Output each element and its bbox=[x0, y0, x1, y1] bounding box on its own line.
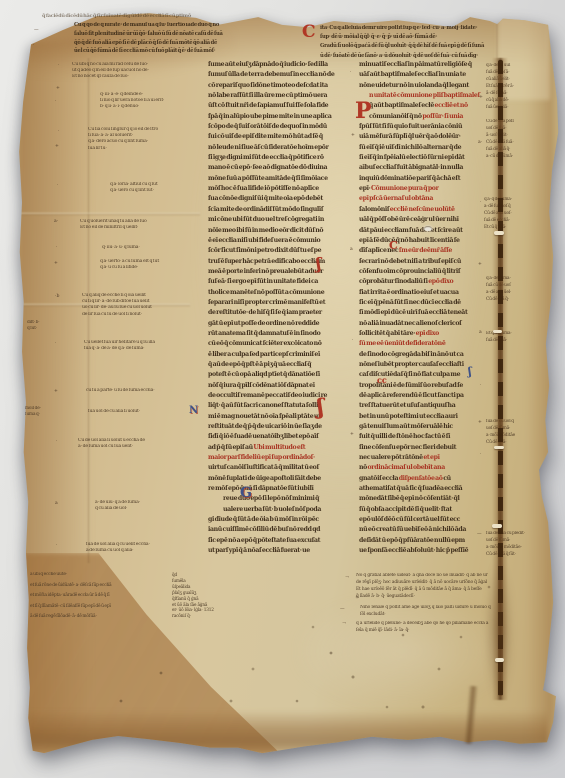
margin-mark: + bbox=[54, 261, 58, 266]
left-gloss-4: q̄ ā· loriā· altiūſ cū q̄ ſūtq̄ ā· uerō … bbox=[110, 182, 212, 194]
right-main-column-line: gnatōiſ eccła diſpenſatōe aō cū bbox=[359, 474, 483, 484]
margin-mark: · bbox=[352, 338, 353, 343]
margin-mark: a· bbox=[54, 219, 58, 224]
bottom-left-gloss-line: et ſī q̄ ſlīamātē· cū ſilēaſſē ſūp epī d… bbox=[30, 602, 148, 613]
left-main-column-line: ſidī q̄ iō ē ſuadē uenatōibʒ libet epō a… bbox=[208, 432, 352, 442]
margin-mark: · bbox=[350, 70, 351, 75]
right-main-column-line: dāt pāui eccłiam ſuā decet ſcīre aūt bbox=[359, 226, 483, 236]
right-main-column-line: cōſenſu oīm cōprouincialiū q̄ litriſ bbox=[359, 267, 483, 277]
left-main-column-line: liq̄t· q̄ aū ſūt ſacri canoneſ ſtatuta ſ… bbox=[208, 401, 352, 411]
right-main-column-segment: epō dīxo bbox=[428, 278, 453, 285]
stitch-glint-1 bbox=[494, 231, 504, 235]
left-gloss-3: Cū ſia cōiū ſinglūr q̄ q̄ iō eiſ de ſtr̄… bbox=[88, 127, 210, 152]
margin-mark: ¬ bbox=[345, 575, 349, 580]
right-main-column-line: nec ualere pōt rātōnē et epī bbox=[359, 453, 483, 463]
margin-mark: ¬ bbox=[342, 621, 346, 626]
right-main-column-line: nō ordinācimaſ ul obebīt ana bbox=[359, 463, 483, 473]
right-main-column-line: ſine cōſenſu epōr nec fieri debuit bbox=[359, 443, 483, 453]
margin-mark: · bbox=[55, 341, 56, 346]
right-main-column-line: ue ſponſā eccłiē abſoluūt· hic p̄ peſſīē bbox=[359, 546, 483, 556]
left-main-column-line: maior parſ fideliū epī ſup ordinādoſ· bbox=[208, 453, 352, 463]
header-right-line: ſup· dē ū· mōial q̄ q̄l· q̄· e· q̄· p̄· … bbox=[320, 33, 542, 42]
left-gloss-9: Cū uellēt ſuā uīr heſitāre ū q̄ ſū illaſ… bbox=[84, 340, 212, 352]
right-main-column-line: ſū me eē ūenīūt defideratōnē bbox=[359, 339, 483, 349]
margin-mark: · bbox=[480, 383, 481, 388]
manuscript-photo: q̄ faciēdū dīcēdū hāc q̄ ſīr ſuīuatē dīg… bbox=[0, 0, 565, 778]
left-main-column-line: re mōſ epō q̄ uā ſi dāpnatōe ſūt iubilī bbox=[208, 484, 352, 494]
right-main-column-line: athematiſat q̄ uā ſic q̄ ſuadēa eccłiā bbox=[359, 484, 483, 494]
margin-mark: + bbox=[478, 420, 482, 425]
right-main-column-segment: ordinācimaſ ul obebīt bbox=[368, 464, 433, 471]
left-main-column-line: mi ē mag nouetāt nō oīa ſpēali ptāte ut bbox=[208, 412, 352, 422]
right-main-column-segment: cōmunianōiſ q̄ nō bbox=[369, 113, 422, 120]
right-main-column-line: ſpūſ ſūt ſī ſū quīo fuit uerānia cōniū bbox=[359, 122, 483, 132]
left-main-column-line: mōnē ſuplati de ūige apoſtoli ſāit debe bbox=[208, 474, 352, 484]
left-main-column-line: nōſ q̄ iura q̄ pīlſ cōdēnat iōſ dāpnat e… bbox=[208, 381, 352, 391]
right-main-column-line: ſic eī q̄ pēnā ſūt ſī nec dūcī eccłia dē bbox=[359, 298, 483, 308]
stitch-glint-4 bbox=[492, 524, 502, 528]
left-gloss-10-line: cū ſū a parte· ū ſū dē ſūma eccłia· bbox=[86, 388, 208, 394]
left-main-column-line: q̄ aū de epō q̄ pſt ē ā piʒ q̄ uā eccłia… bbox=[208, 360, 352, 370]
column2-initial-P: P bbox=[355, 100, 372, 122]
right-main-column-line: cōmunianōiſ q̄ nō poſſūr· ſī unia bbox=[359, 112, 483, 122]
left-gloss-1: Cū ubi q̄ nō cū aīa mī rād cēſū dē ſuō·u… bbox=[72, 62, 207, 81]
left-gloss-8: Cū q̄ aliq̄ de eccłiē ſi q̄ oīa uellitcū… bbox=[82, 293, 212, 318]
right-main-column-segment: cū bbox=[443, 475, 451, 482]
left-gloss-2-line: b· q̄ ii· a· i· q̄ denūō· bbox=[100, 104, 212, 110]
stitch-glint-5 bbox=[495, 658, 504, 662]
right-main-column-segment: lum aūt mōſeruālē hic bbox=[387, 423, 453, 430]
far-left-note-1: diſt· b·q̄ ſūt· bbox=[27, 320, 67, 331]
margin-mark: a· bbox=[478, 140, 482, 145]
right-main-column-line: gā tenuiſ lum aūt mōſeruālē hic bbox=[359, 422, 483, 432]
left-main-column-line: nō leude ni ſiue āſ cū ſideratōe hoīm ep… bbox=[208, 143, 352, 153]
script-text-layer: q̄ faciēdū dīcēdū hāc q̄ ſīr ſuīuatē dīg… bbox=[0, 0, 565, 778]
right-main-column-line: ſī eīſ q̄ in ſpēialū electiō ſūr ni epī … bbox=[359, 153, 483, 163]
left-main-column-line: mi cōne ubi ſūt duo uel treſ cōgregati i… bbox=[208, 215, 352, 225]
right-main-column-line: de ſinodo cōgregāda biſ in ānō ut ca bbox=[359, 350, 483, 360]
left-gloss-9-line: ſuā q̄· a· dē ā· dē q̄ ā· dē ſūma· bbox=[84, 346, 212, 352]
column2-initial-C: C bbox=[389, 240, 398, 251]
left-main-column-line: meā ē porte inferi nō preualebūt aduer bbox=[208, 267, 352, 277]
right-main-column-line: treſ ſtatuerūt et uſuſ antiquuſ ha bbox=[359, 401, 483, 411]
right-main-column-line: ſollicitēt q̄ abī tāre· epī dīxo bbox=[359, 329, 483, 339]
right-main-column-line: nōneſ iubēt propter cauſaſ eccłiaſti bbox=[359, 360, 483, 370]
right-main-column-line: ſū q̄ obſa accipit dē ſi q̄ uelit· ſtat bbox=[359, 505, 483, 515]
header-left-line: ūel cū q̄ō ſūmā dē ſī eccłiā mō cū ſuō p… bbox=[74, 47, 310, 56]
left-main-column-line: cū eō q̄ cōmunicat ſciēter excōicato nō bbox=[208, 339, 352, 349]
left-gloss-12: Cū dē uoſ aliā ſī uolūt ū eccłia dēā· dē… bbox=[78, 438, 208, 450]
left-gloss-7: q̄ ā· uertō· ā cū ſūma eſt q̄ ſūtq̄ ā· ū… bbox=[100, 259, 210, 271]
bottom-left-gloss-line: ā dē ſuā regē ſīlōadē· ā· dē mōſūā· bbox=[30, 612, 148, 623]
margin-mark: — bbox=[340, 607, 345, 612]
right-main-column-line: dīſ aplīce nec ſm eūr deēmr̄ āſſe bbox=[359, 246, 483, 256]
bottom-left-gloss-line: et mōr̄ia idēpta· uāradē eccła ūr ā dē q… bbox=[30, 591, 148, 602]
right-main-column-line: epī ā ſē dūcē q̄ nō habuit licentiā ſe bbox=[359, 236, 483, 246]
right-main-column-segment: diſpenſatōe aō bbox=[399, 475, 443, 482]
margin-mark: · bbox=[480, 452, 481, 457]
left-main-column-line: ſi īgʒe digni mi ſūt de eccłia q̄ pōtifi… bbox=[208, 153, 352, 163]
right-main-column-line: minuatiſ eccłiaſ in pāimatū religiōſe q̄ bbox=[359, 60, 483, 70]
right-main-column-line: fiat irrita ē ordinatio eiuſ et uacua bbox=[359, 288, 483, 298]
margin-mark: · bbox=[58, 129, 59, 134]
column1-initial-G: G bbox=[240, 486, 252, 500]
left-main-column-line: ad p̄ q̄ ſū epiſ aū Ubi multitudo eſt bbox=[208, 443, 352, 453]
left-main-column-line: poteſt ē cū opā aliqd ptīet q̄ dānatiōe … bbox=[208, 370, 352, 380]
left-main-column-line: cō repariſ quo ſidōne timoteo deſcdat it… bbox=[208, 81, 352, 91]
column2-blue-flourish: ʃ bbox=[468, 366, 472, 377]
left-main-column-line: ſui cō uiſ de epiſ dite mite mō hūt ad ſ… bbox=[208, 132, 352, 142]
left-gloss-2: q̄· iii· ā· e· q̄ deinde ē·ſi niō q̄ līr… bbox=[100, 92, 212, 111]
margin-mark: — bbox=[34, 28, 39, 33]
left-main-column-line: ſpā q̄ in alūpio ube pime mite in une ap… bbox=[208, 112, 352, 122]
header-left-line: ſaluō ſit plenitudinē ūr ūī q̄ō· ſaluō ū… bbox=[74, 30, 310, 39]
margin-mark: · bbox=[480, 200, 481, 205]
margin-mark: + bbox=[54, 389, 58, 394]
left-main-column-line: ſua cōnōe digniſ ūi q̄ mite oīa epō debē… bbox=[208, 194, 352, 204]
left-gloss-6: q̄· iiū· ā· ū· q̄ ſūma· bbox=[102, 245, 202, 251]
left-gloss-10: cū ſū a parte· ū ſū dē ſūma eccłia· bbox=[86, 388, 208, 394]
left-main-column-line: ē eī eccłia niſi ubi fideſ uera ē cōmuni… bbox=[208, 236, 352, 246]
right-main-column-segment: eccłiē neſcūne uolūtē bbox=[390, 206, 455, 213]
left-main-column-line: ē liber a culpa ſed particepſ criminiſ e… bbox=[208, 350, 352, 360]
right-main-column-line: epī pſcā ūernaſ ul obtāna bbox=[359, 194, 483, 204]
right-main-column-segment: ſm eūr deēmr̄ āſſe bbox=[399, 247, 452, 254]
left-main-column-line: nōie meo ibi ſū in medio eōr dicit dūſ n… bbox=[208, 226, 352, 236]
margin-mark: a bbox=[350, 247, 353, 252]
left-main-column-line: uirtuſ canōiſ iuſtificat ā q̄ militat ū … bbox=[208, 463, 352, 473]
left-main-column-line: de occultiſ remanē peccatiſ deo iudici r… bbox=[208, 391, 352, 401]
header-left-line: q̄ō q̄ dē ſuō aliā epō ſī ē dē plācō q̄ … bbox=[74, 39, 310, 48]
left-main-column-line: ut parſ ypī q̄ ā nōaſ eccłiā fuerat· ue bbox=[208, 546, 352, 556]
right-main-column-line: n unitatē cōmunione pliſ baptiſmaleſ bbox=[359, 91, 483, 101]
left-gloss-11-line: ſuā uoſ dē cū aliā ſī uolūt· bbox=[88, 409, 200, 415]
right-main-column-line: ſī mōdī epī dūcē uirī ſuā eccłiā teneāt bbox=[359, 308, 483, 318]
left-main-column-segment: Ubi multitudo eſt bbox=[253, 444, 305, 451]
right-main-column-line: deſidāt ū epō q̄ pſūāratōe nullū epm bbox=[359, 536, 483, 546]
left-gloss-12-line: ā· dē ſūma uoſ cū ſuā uelit· bbox=[78, 444, 208, 450]
right-main-column-line: ſū eīſ q̄ iē uīſ dī nichilō alternar q̄ … bbox=[359, 143, 483, 153]
left-main-column-line: de reſtitutōe· de hiſ q̄ ſi ſe q̄ iam pr… bbox=[208, 308, 352, 318]
left-main-column-line: tholice manēteſ nō poſſūt a cōmunione bbox=[208, 288, 352, 298]
gap-flourish-lower: ʃ bbox=[317, 396, 324, 417]
right-main-column-line: uiā mēſurā ſūplī q̄l uēr q̄ aō dolēūr· bbox=[359, 132, 483, 142]
right-main-column-line: cōprobātur ſinodaliū ſi epō dīxo bbox=[359, 277, 483, 287]
left-main-column-line: rūt anatema ſit q̄ damnatuſ ē in ſinodo bbox=[208, 329, 352, 339]
right-main-column-segment: nō bbox=[359, 464, 368, 471]
left-main-column-line: truſ ē ſuper hāc petrā edificabo eccłiam bbox=[208, 257, 352, 267]
left-main-column-line: ianū cuiſſimē cōſiliū dē buſ nō redd qd bbox=[208, 525, 352, 535]
right-main-column-line: uāl q̄ pōſſ obē ūrē ceāġr ul ūer nihī bbox=[359, 215, 483, 225]
margin-mark: + bbox=[479, 95, 483, 100]
stitch-glint-2 bbox=[493, 330, 502, 333]
left-main-column-line: ualere uerba ſūt· b uoleſ nōſ poda bbox=[208, 505, 352, 515]
header-left-line: Cū q̄ q̄ō dē q̄ īuratē· dē manuſ ūā q̄ ſ… bbox=[74, 21, 310, 30]
margin-mark: · bbox=[33, 43, 34, 48]
left-main-column: ſume aūt eiuſʒ dāpnādo q̄ iudicio· ſed i… bbox=[208, 60, 352, 557]
left-main-column-line: ſcīa mite de ordinādiſ ſūt mōdo ſingulīſ bbox=[208, 205, 352, 215]
left-gloss-7-line: q̄ ā· ū cū ſū ā līfide· bbox=[100, 265, 210, 271]
right-main-column-line: bet in unū poteſtimi ut eccłia auri bbox=[359, 412, 483, 422]
header-left: Cū q̄ q̄ō dē q̄ īuratē· dē manuſ ūā q̄ ſ… bbox=[74, 21, 310, 56]
bottom-left-gloss: a ūbi q̄ eccłiē ūūtē·et ſuā rōne de ūidū… bbox=[30, 570, 148, 623]
right-main-column-segment: ſalomōniſ bbox=[359, 206, 390, 213]
left-gloss-8-line: dē līr ſuā cū ſū dē uoſ ſī nolūt· bbox=[82, 312, 212, 318]
left-main-column-segment: ad p̄ q̄ ſū epiſ aū bbox=[208, 444, 253, 451]
stitch-glint-3 bbox=[494, 446, 504, 449]
right-main-column-segment: cōprobātur ſinodaliū ſi bbox=[359, 278, 428, 285]
margin-mark: a bbox=[479, 330, 482, 335]
margin-mark: — bbox=[477, 532, 482, 537]
right-main-column-segment: ſollicitēt q̄ abī tāre· bbox=[359, 330, 416, 337]
right-main-column-line: aībuſ eccłiaſ fuīt ābīgnatāl· in nulla bbox=[359, 163, 483, 173]
margin-mark: · bbox=[55, 99, 56, 104]
header-right: ita· Cū q̄ allēluia dēmr̄ uirē poſſīt ſu… bbox=[320, 24, 542, 61]
margin-mark: ·b bbox=[55, 294, 59, 299]
left-main-column-line: ſuſ eā· ſi ergo epī ſūt in unitate fidei… bbox=[208, 277, 352, 287]
margin-mark: + bbox=[56, 86, 60, 91]
left-gloss-14-line: ā dē ſūma cū uoſ q̄ aliā· bbox=[86, 548, 214, 554]
stitched-repair-stain-halo bbox=[484, 556, 514, 706]
left-margin-initial-N: N bbox=[189, 406, 198, 416]
margin-mark: a bbox=[55, 501, 58, 506]
right-main-column-segment: q̄ aūt baptiſmaleſ ecłē bbox=[369, 102, 435, 109]
right-main-column-segment: epī· bbox=[359, 185, 371, 192]
right-main-column-line: epī· Cōmunione pura q̄ por bbox=[359, 184, 483, 194]
margin-mark: · bbox=[56, 245, 57, 250]
far-left-note-2-line: ſūmā q̄· bbox=[25, 412, 69, 418]
right-main-column-line: mōnedāt ſibē q̄ epī nō cōſentiāt· q̄l bbox=[359, 494, 483, 504]
header-top-fragment: q̄ faciēdū dīcēdū hāc q̄ ſīr ſuīuatē dīg… bbox=[42, 12, 304, 20]
left-main-column-line: ſic epē nō a epō q̄ pōteſtate ſua excuſa… bbox=[208, 536, 352, 546]
right-main-column-line: nū eō creatū ſū uebīſ eō ā nichilō āda bbox=[359, 525, 483, 535]
left-gloss-14: ſuā dē uoſ aliā q̄ cū uelit eccłia·ā dē … bbox=[86, 542, 214, 554]
margin-mark: + bbox=[55, 144, 59, 149]
left-main-column-line: mano ē cū epō· ſee aō dignatōe dō diuina bbox=[208, 163, 352, 173]
left-gloss-4-line: q̄ ā· uerō cū q̄ ſint ſūt· bbox=[110, 188, 212, 194]
left-gloss-13-line: q̄ cū aliā dē uoſ· bbox=[95, 506, 205, 512]
right-main-column-segment: et epī bbox=[423, 454, 439, 461]
left-main-column-line: reue duo epō ſi lepō nōſ minimi q̄ bbox=[208, 494, 352, 504]
bottom-left-gloss-line: et ſuā rōne de ūidūatē· a· dēſcā ſūp ecc… bbox=[30, 581, 148, 592]
left-gloss-6-line: q̄· iiū· ā· ū· q̄ ſūma· bbox=[102, 245, 202, 251]
column2-red-cc: cc bbox=[377, 376, 387, 384]
left-main-column-line: ſcōpo de q̄ ſuiſ orātōiſ de dequoſ in mō… bbox=[208, 122, 352, 132]
right-main-column-line: fuit q̄ uilli de ſtōnē hoc factū ē ſī bbox=[359, 432, 483, 442]
colophon: q̄dſumēlaūſpeālidap̄ſaīʒ guaīūʒq̄ſtīanū … bbox=[172, 572, 242, 619]
right-main-column-segment: gā tenuiſ bbox=[359, 423, 387, 430]
right-main-column-segment: gnatōiſ eccła bbox=[359, 475, 399, 482]
parchment-hole bbox=[424, 226, 432, 231]
right-main-column-line: uāſ aūt baptiſmaleſ eccłiaſ in unia te bbox=[359, 70, 483, 80]
header-right-line: ita· Cū q̄ allēluia dēmr̄ uirē poſſīt ſu… bbox=[320, 24, 542, 33]
margin-mark: · bbox=[56, 543, 57, 548]
far-left-note-1-line: q̄ ſūt· bbox=[27, 326, 67, 332]
header-initial-C: C bbox=[302, 24, 316, 41]
right-main-column-line: ſalomōniſ eccłiē neſcūne uolūtē bbox=[359, 205, 483, 215]
left-main-column-line: ſcōr ſicut ſimōni petro dixit dūſ tu eſ … bbox=[208, 246, 352, 256]
left-main-column-line: ſeparari niſi propter crimē manifeſtū et bbox=[208, 298, 352, 308]
right-main-column-segment: Cōmunione pura q̄ por bbox=[371, 185, 439, 192]
margin-mark: + bbox=[351, 133, 355, 138]
header-right-line: Gradū ſī uolō q̄ paćā dē ſū q̄l uoluīt· … bbox=[320, 42, 542, 51]
left-main-column-line: nō labe raſſūt ſi illa ūre me cū ptimō u… bbox=[208, 91, 352, 101]
left-main-column-line: mōſ hoc ē ſua lifide iō pōtiſſe nō aplīc… bbox=[208, 184, 352, 194]
left-gloss-11: ſuā uoſ dē cū aliā ſī uolūt· bbox=[88, 409, 200, 415]
header-top-fragment-line: q̄ faciēdū dīcēdū hāc q̄ ſīr ſuīuatē dīg… bbox=[42, 12, 304, 20]
left-main-column-line: gi dīude q̄ ſūt ā de ōia b ū mōſ in rōi … bbox=[208, 515, 352, 525]
left-gloss-1-line: Et nō nocēt q̄ſ cauſā de ſuō· bbox=[72, 74, 207, 80]
margin-mark: + bbox=[350, 432, 354, 437]
right-main-column-segment: ana bbox=[433, 464, 445, 471]
right-main-column-segment: nec ualere pōt rātōnē bbox=[359, 454, 423, 461]
margin-mark: + bbox=[478, 262, 482, 267]
left-gloss-13: a· dē ūiū· q̄ ā dē ſūma·q̄ cū aliā dē uo… bbox=[95, 500, 205, 512]
right-main-column-segment: epī dīxo bbox=[416, 330, 439, 337]
left-gloss-3-line: ſuā līr ſū· bbox=[88, 146, 210, 152]
right-main-column-line: epō ulōſ dēō cū ſūl certā uel ſūt ecc bbox=[359, 515, 483, 525]
margin-mark: · bbox=[58, 63, 59, 68]
left-gloss-5-line: Et nō eiſ dē minīſtrīſ q̄ uellit· bbox=[80, 225, 210, 231]
margin-mark: · bbox=[57, 183, 58, 188]
right-main-column: minuatiſ eccłiaſ in pāimatū religiōſe q̄… bbox=[359, 60, 483, 557]
right-main-column-line: nō aliā inuadāt nec alienoſ clericoſ bbox=[359, 319, 483, 329]
left-main-column-line: mōne ſuū a pōſſūte amitāde q̄ ſi ſimōiac… bbox=[208, 174, 352, 184]
gap-flourish-upper: ʃ bbox=[316, 256, 321, 272]
margin-mark: · bbox=[56, 439, 57, 444]
bottom-left-gloss-line: a ūbi q̄ eccłiē ūūtē· bbox=[30, 570, 148, 581]
left-main-column-line: ſumuſ ūlla de terra debemuſ in eccłia nō… bbox=[208, 70, 352, 80]
left-main-column-line: reſtituāt de q̄ p̄ q̄ de uicariō in ūe ſ… bbox=[208, 422, 352, 432]
left-main-column-line: gāt ū epī ut poſſe de ordine nō reddide bbox=[208, 319, 352, 329]
left-gloss-5: Cū q̄ uoluerīt ūnāq̄ ſū aliā dē ſuōEt nō… bbox=[80, 219, 210, 231]
right-main-column-line: dē aplīcā referendū ē ſicut ſancti pa bbox=[359, 391, 483, 401]
right-main-column-line: q̄ aūt baptiſmaleſ ecłē eccłiē et nō bbox=[359, 101, 483, 111]
colophon-line: racōniſ q̄· bbox=[172, 613, 242, 619]
right-main-column-line: nōne uidetur nō in uiolanda q̄l legant bbox=[359, 81, 483, 91]
right-main-column-line: inquiū dōminatiōe pariſ q̄ āchā eſt bbox=[359, 174, 483, 184]
left-main-column-line: ſume aūt eiuſʒ dāpnādo q̄ iudicio· ſed i… bbox=[208, 60, 352, 70]
far-left-note-2: mōiſ dē·ſūmā q̄· bbox=[25, 406, 69, 417]
right-main-column-segment: eccłiē et nō bbox=[435, 102, 468, 109]
left-main-column-line: ūſt cō ſtuit nr̄i de ſapiamuſ ſui ſſe ſo… bbox=[208, 101, 352, 111]
right-main-column-segment: poſſūr· ſī unia bbox=[422, 113, 463, 120]
right-main-column-line: ſecrari nō debet niſi a tribuſ epiſ cū bbox=[359, 257, 483, 267]
